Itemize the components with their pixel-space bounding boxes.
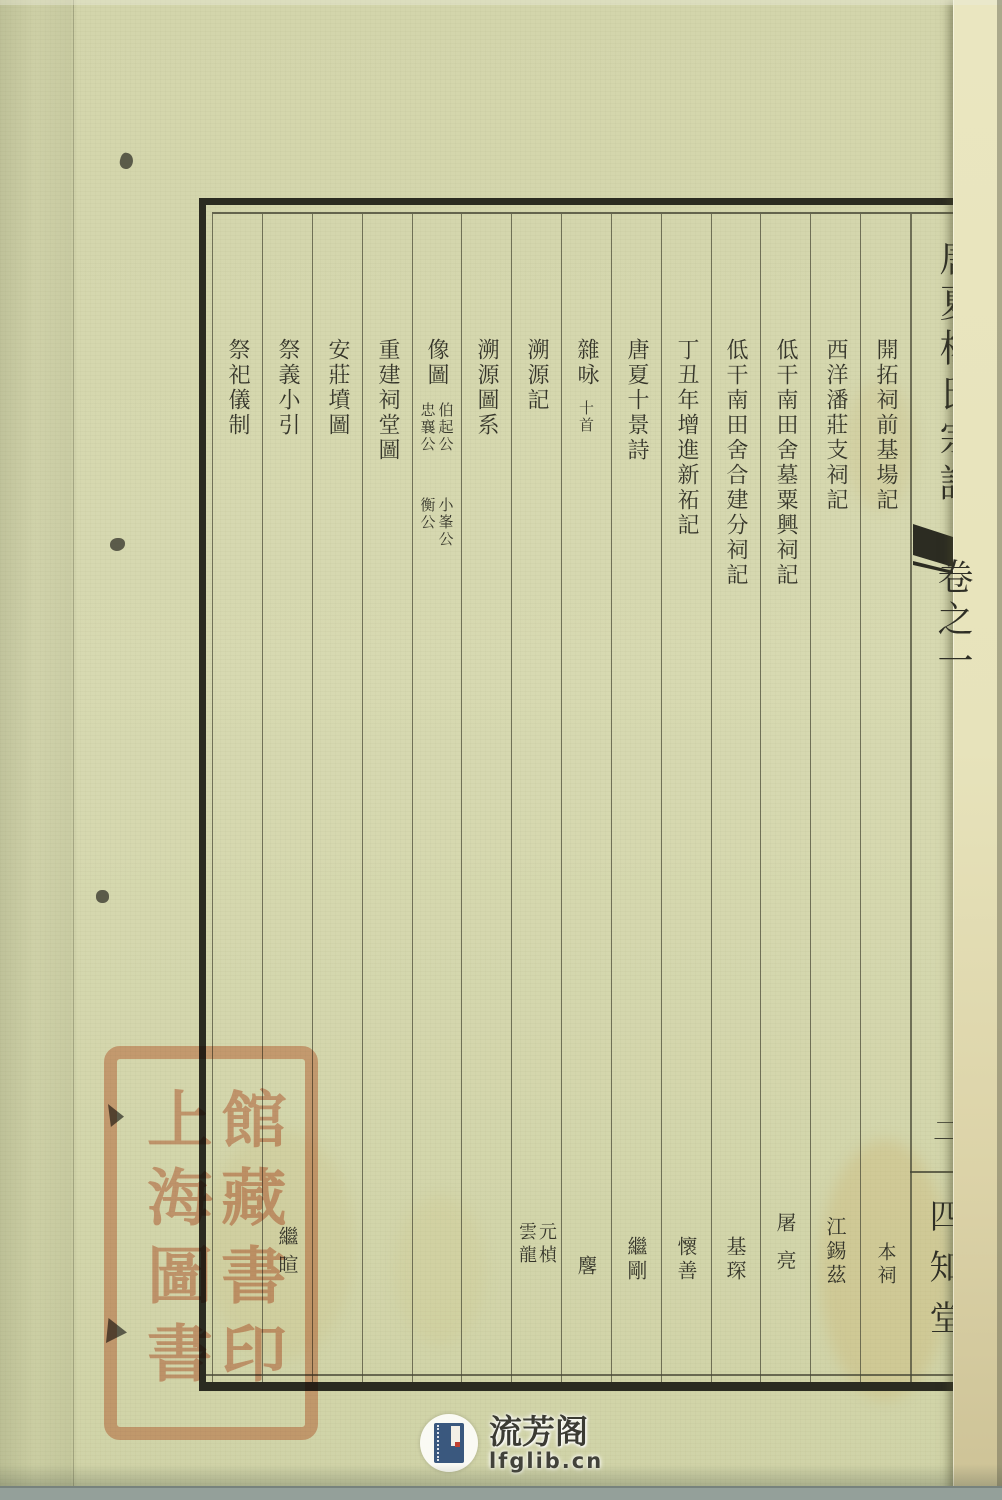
portrait-subjects-group: 伯起公 忠襄公 — [411, 402, 461, 453]
entry-attribution: 繼剛 — [611, 1236, 661, 1284]
toc-entry-count-note: 十首 — [577, 400, 595, 434]
entry-attribution: 屠亮 — [760, 1212, 810, 1288]
toc-entry-title: 丁丑年增進新祏記 — [675, 338, 697, 538]
seal-text-column: 館藏書印 — [215, 1087, 281, 1399]
toc-entry: 開拓祠前基場記 — [860, 338, 910, 513]
toc-entry-title: 雜咏 — [574, 338, 599, 388]
spine-footer-divider — [910, 1171, 953, 1173]
seal-text-column: 上海圖書 — [141, 1087, 207, 1399]
scan-bottom-edge — [0, 1486, 1002, 1500]
entry-attribution: 江錫茲 — [810, 1216, 860, 1288]
entry-attribution: 懷善 — [661, 1236, 711, 1284]
toc-entry: 祭義小引 — [262, 338, 312, 438]
toc-entry: 安莊墳圖 — [312, 338, 362, 438]
toc-entry-title: 西洋潘莊支祠記 — [824, 338, 846, 513]
paper-stain — [395, 1195, 485, 1345]
portrait-subject-name: 小峯公 — [438, 497, 453, 548]
toc-entry-title: 唐夏十景詩 — [625, 338, 647, 463]
column-rule-line — [412, 214, 413, 1384]
toc-entry: 唐夏十景詩 — [611, 338, 661, 463]
entry-attribution-pair: 元楨 雲龍 — [511, 1222, 561, 1268]
toc-entry-title: 溯源圖系 — [475, 338, 497, 438]
toc-entry: 重建祠堂圖 — [362, 338, 412, 463]
toc-entry-title: 像圖 — [425, 338, 447, 388]
toc-entry: 低干南田舍合建分祠記 — [710, 338, 760, 588]
page-bottom-shadow — [0, 1464, 1002, 1486]
frame-top-inner-line — [212, 212, 953, 214]
paper-flaw-speck — [110, 538, 125, 551]
portrait-subjects-group: 小峯公 衡公 — [411, 497, 461, 548]
toc-entry: 低干南田舍墓粟興祠記 — [760, 338, 810, 588]
entry-attribution: 雲龍 — [517, 1222, 535, 1268]
entry-attribution: 麐 — [561, 1255, 611, 1279]
paper-flaw-speck — [118, 152, 135, 171]
scan-top-edge — [0, 0, 1002, 5]
toc-entry: 西洋潘莊支祠記 — [810, 338, 860, 513]
volume-label: 卷之一 — [927, 558, 977, 684]
entry-attribution: 元楨 — [537, 1222, 555, 1268]
portrait-subject-name: 伯起公 — [438, 402, 453, 453]
toc-entry: 像圖 — [411, 338, 461, 388]
toc-entry: 祭祀儀制 — [212, 338, 262, 438]
toc-entry-title: 重建祠堂圖 — [376, 338, 398, 463]
toc-entry: 丁丑年增進新祏記 — [661, 338, 711, 538]
toc-entry-title: 開拓祠前基場記 — [874, 338, 896, 513]
portrait-subject-name: 忠襄公 — [420, 402, 435, 453]
entry-attribution: 基琛 — [710, 1236, 760, 1284]
toc-entry-title: 低干南田舍墓粟興祠記 — [774, 338, 796, 588]
thread-bound-book-icon — [434, 1423, 464, 1463]
toc-entry-title: 安莊墳圖 — [326, 338, 348, 438]
portrait-subject-name: 衡公 — [420, 497, 435, 548]
library-seal: 上海圖書 館藏書印 — [104, 1046, 318, 1440]
entry-attribution: 本祠 — [860, 1242, 910, 1288]
watermark-site-name: 流芳阁 — [489, 1414, 603, 1450]
spine-divider-line — [910, 214, 912, 1384]
toc-entry-title: 祭義小引 — [276, 338, 298, 438]
toc-entry-title: 祭祀儀制 — [226, 338, 248, 438]
overlapping-page-edge — [953, 0, 1002, 1500]
frame-bottom-inner-line — [206, 1374, 953, 1376]
frame-top-border — [199, 198, 953, 205]
genealogy-scan-page: 唐夏楊氏宗譜 卷之一 二 四知堂 開拓祠前基場記 西洋潘莊支祠記 低干南田舍墓粟… — [0, 0, 1002, 1500]
paper-flaw-speck — [96, 890, 109, 903]
scan-right-edge — [997, 0, 1002, 1500]
toc-entry-title: 溯源記 — [525, 338, 547, 413]
toc-entry: 雜咏十首 — [561, 338, 611, 434]
page-crease-line — [73, 0, 74, 1500]
toc-entry: 溯源圖系 — [461, 338, 511, 438]
toc-entry-title: 低干南田舍合建分祠記 — [724, 338, 746, 588]
toc-entry: 溯源記 — [511, 338, 561, 413]
left-margin-shading — [0, 0, 78, 1500]
